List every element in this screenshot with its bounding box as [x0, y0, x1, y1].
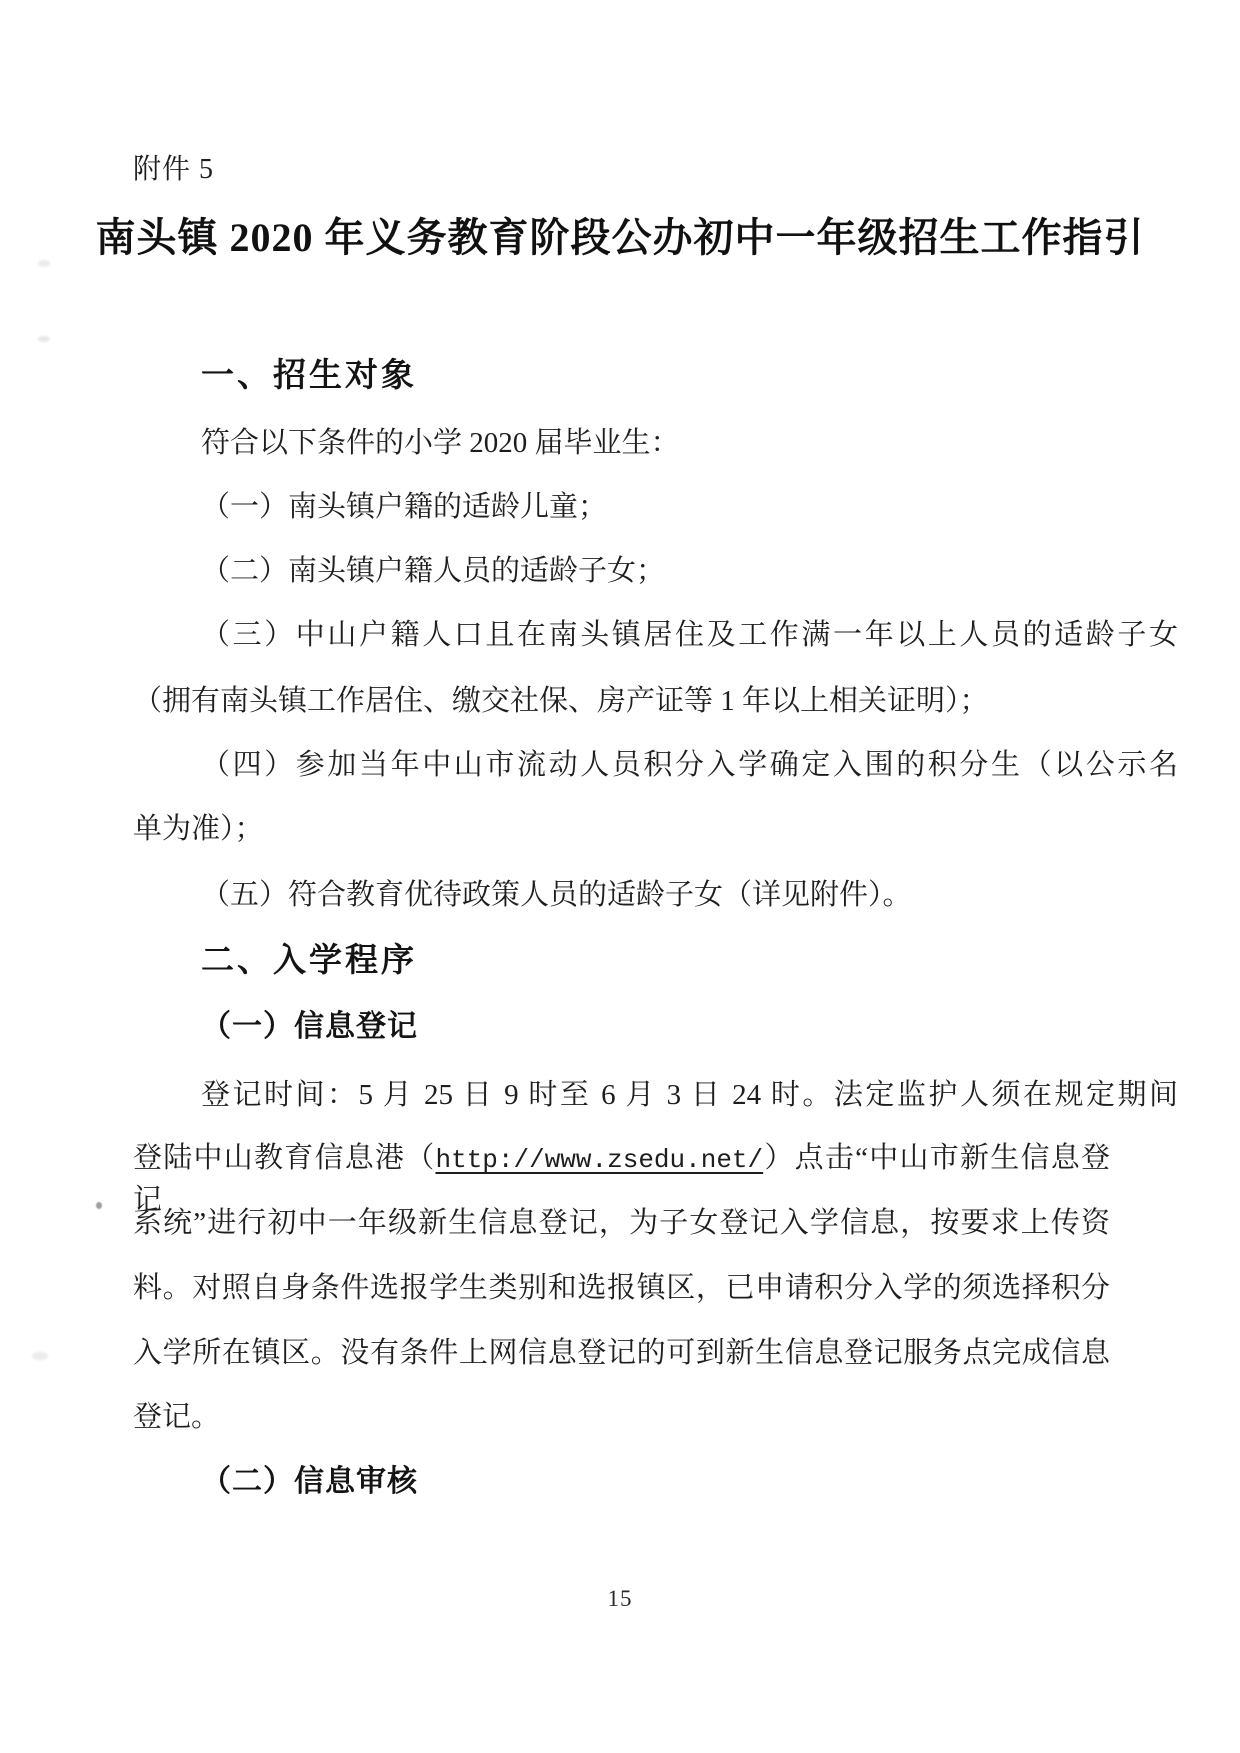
zsedu-url: http://www.zsedu.net/ — [435, 1145, 763, 1175]
section-1-item-5: （五）符合教育优待政策人员的适龄子女（详见附件）。 — [133, 875, 1178, 915]
scan-artifact — [32, 1352, 48, 1360]
section-1-item-4-continuation: 单为准）； — [133, 809, 1110, 849]
document-page: 附件 5 南头镇 2020 年义务教育阶段公办初中一年级招生工作指引 一、招生对… — [0, 0, 1240, 1753]
section-1-heading: 一、招生对象 — [133, 356, 1178, 396]
registration-paragraph-line-5: 入学所在镇区。没有条件上网信息登记的可到新生信息登记服务点完成信息 — [133, 1333, 1110, 1373]
subsection-1-heading: （一）信息登记 — [133, 1007, 1178, 1047]
document-title: 南头镇 2020 年义务教育阶段公办初中一年级招生工作指引 — [0, 214, 1240, 262]
page-number: 15 — [0, 1586, 1240, 1612]
section-1-item-1: （一）南头镇户籍的适龄儿童； — [133, 487, 1178, 527]
section-2-heading: 二、入学程序 — [133, 941, 1178, 981]
section-1-item-3: （三）中山户籍人口且在南头镇居住及工作满一年以上人员的适龄子女 — [133, 615, 1178, 655]
subsection-2-heading: （二）信息审核 — [133, 1462, 1178, 1502]
attachment-label: 附件 5 — [133, 150, 1110, 190]
registration-paragraph-line-3: 系统”进行初中一年级新生信息登记，为子女登记入学信息，按要求上传资 — [133, 1203, 1110, 1243]
registration-paragraph-line-4: 料。对照自身条件选报学生类别和选报镇区，已申请积分入学的须选择积分 — [133, 1268, 1110, 1308]
registration-paragraph-line-6: 登记。 — [133, 1397, 1110, 1437]
section-1-intro: 符合以下条件的小学 2020 届毕业生： — [133, 423, 1178, 463]
registration-paragraph-line-1: 登记时间：5 月 25 日 9 时至 6 月 3 日 24 时。法定监护人须在规… — [133, 1075, 1178, 1115]
scan-artifact — [96, 1202, 102, 1209]
section-1-item-2: （二）南头镇户籍人员的适龄子女； — [133, 551, 1178, 591]
registration-line-2-pre: 登陆中山教育信息港（ — [133, 1142, 435, 1174]
scan-artifact — [38, 336, 50, 342]
section-1-item-4: （四）参加当年中山市流动人员积分入学确定入围的积分生（以公示名 — [133, 745, 1178, 785]
section-1-item-3-continuation: （拥有南头镇工作居住、缴交社保、房产证等 1 年以上相关证明）； — [133, 681, 1110, 721]
